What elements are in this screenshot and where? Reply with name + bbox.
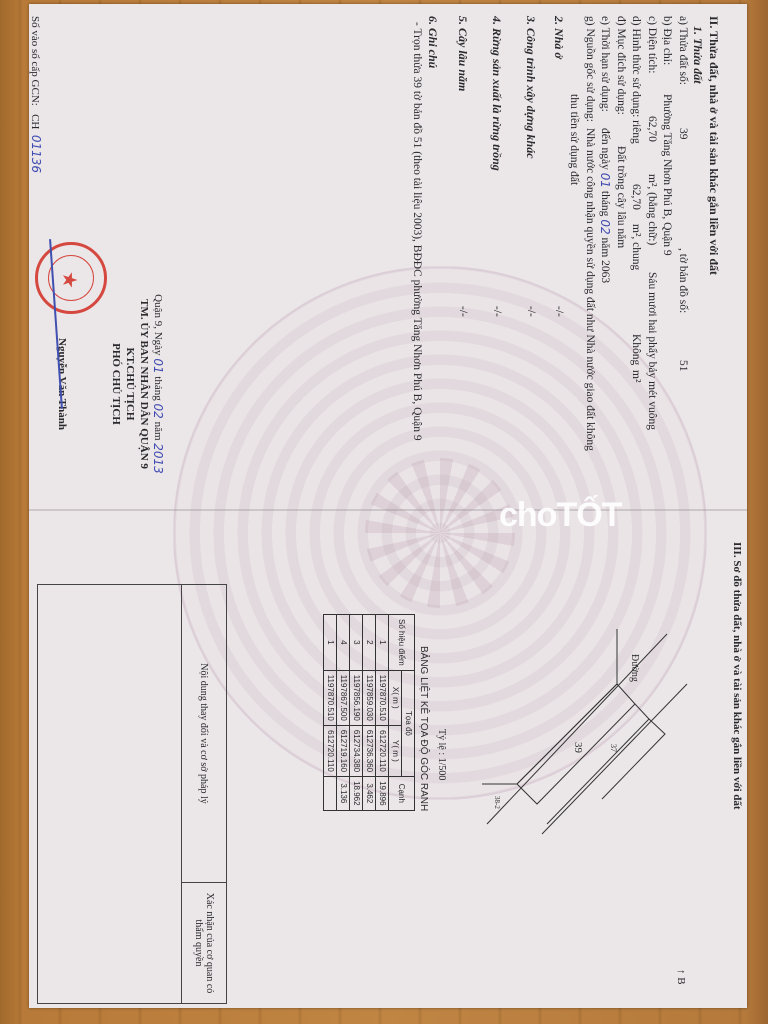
map-sheet-number: 51 bbox=[675, 360, 691, 372]
notes-heading: 6. Ghi chú bbox=[425, 16, 441, 496]
svg-text:39: 39 bbox=[572, 742, 584, 754]
section-iii-title: III. Sơ đồ thửa đất, nhà ở và tài sản kh… bbox=[731, 542, 743, 810]
coord-table-row: 21197859.030612736.3603.462 bbox=[363, 615, 376, 811]
north-arrow-icon: ↑ bbox=[675, 969, 687, 975]
forest-heading: 4. Rừng sản xuất là rừng trồng bbox=[489, 16, 505, 171]
section-ii-title: II. Thửa đất, nhà ở và tài sản khác gắn … bbox=[706, 16, 722, 496]
right-page: III. Sơ đồ thửa đất, nhà ở và tài sản kh… bbox=[29, 534, 747, 1004]
svg-text:38-2: 38-2 bbox=[493, 796, 501, 809]
svg-text:Đường: Đường bbox=[629, 654, 640, 682]
north-arrow: ↑ B bbox=[675, 969, 687, 985]
purpose-value: Đất trồng cây lâu năm bbox=[613, 146, 629, 248]
coord-table-title: BẢNG LIỆT KÊ TỌA ĐỘ GÓC RANH bbox=[418, 646, 429, 811]
page-fold bbox=[29, 509, 747, 511]
parcel-sketch: Đường 39 37 38-2 bbox=[477, 624, 707, 844]
left-page: II. Thửa đất, nhà ở và tài sản khác gắn … bbox=[409, 16, 747, 496]
assets-block: 2. Nhà ở -/- 3. Công trình xây dựng khác… bbox=[454, 16, 566, 496]
perennial-heading: 5. Cây lâu năm bbox=[455, 16, 471, 91]
sign-day-handwritten: 01 bbox=[151, 358, 165, 373]
purpose-row: đ) Mục đích sử dụng: Đất trồng cây lâu n… bbox=[613, 16, 629, 496]
address-row: b) Địa chỉ: Phường Tăng Nhơn Phú B, Quận… bbox=[659, 16, 675, 496]
star-icon: ★ bbox=[57, 271, 82, 289]
private-area: 62,70 bbox=[628, 184, 644, 224]
shared-area: Không bbox=[628, 334, 644, 370]
origin-value: Nhà nước công nhận quyền sử dụng đất như… bbox=[582, 128, 598, 451]
changes-content-header: Nội dung thay đổi và cơ sở pháp lý bbox=[182, 585, 226, 883]
other-works-heading: 3. Công trình xây dựng khác bbox=[523, 16, 539, 159]
land-use-certificate: II. Thửa đất, nhà ở và tài sản khác gắn … bbox=[29, 4, 747, 1008]
area-words: Sáu mươi hai phẩy bảy mét vuông bbox=[644, 272, 660, 430]
area-value: 62,70 bbox=[644, 116, 660, 174]
map-scale: Tỷ lệ : 1/500 bbox=[436, 729, 447, 780]
address-value: Phường Tăng Nhơn Phú B, Quận 9 bbox=[659, 94, 675, 256]
term-day-handwritten: 01 bbox=[597, 173, 613, 188]
issuing-org: TM. ỦY BAN NHÂN DÂN QUẬN 9 bbox=[137, 269, 151, 499]
coord-table-row: 41197867.500612719.1603.136 bbox=[337, 615, 350, 811]
term-row: e) Thời hạn sử dụng: đến ngày 01 tháng 0… bbox=[597, 16, 613, 496]
origin-row: g) Nguồn gốc sử dụng: Nhà nước công nhận… bbox=[582, 16, 598, 496]
authority-confirmation-header: Xác nhận của cơ quan có thẩm quyền bbox=[182, 883, 226, 1003]
svg-text:37: 37 bbox=[609, 744, 618, 752]
parcel-number: 39 bbox=[675, 128, 691, 248]
area-row: c) Diện tích: 62,70 m², (bằng chữ:) Sáu … bbox=[644, 16, 660, 496]
coord-table-row: 11197870.510612720.110 bbox=[324, 615, 337, 811]
coord-table-row: 31197856.190612734.38018.962 bbox=[350, 615, 363, 811]
registry-number: Số vào sổ cấp GCN: CH 01136 bbox=[29, 16, 43, 173]
house-heading: 2. Nhà ở bbox=[551, 16, 567, 59]
land-heading: 1. Thửa đất bbox=[690, 26, 706, 496]
sign-month-handwritten: 02 bbox=[151, 404, 165, 419]
parcel-row: a) Thửa đất số: 39 , tờ bản đồ số: 51 bbox=[675, 16, 691, 496]
sign-year-handwritten: 2013 bbox=[151, 443, 165, 474]
coord-table-row: 11197870.510612720.11019.896 bbox=[376, 615, 389, 811]
ownership-row: d) Hình thức sử dụng: riêng 62,70 m², ch… bbox=[628, 16, 644, 496]
notes-text: - Trọn thửa 39 tờ bản đồ 51 (theo tài li… bbox=[409, 22, 425, 496]
chotot-watermark: choTỐT bbox=[499, 496, 621, 535]
term-month-handwritten: 02 bbox=[597, 219, 613, 234]
changes-table: Nội dung thay đổi và cơ sở pháp lý Xác n… bbox=[37, 584, 227, 1004]
coordinate-table: Số hiệu điểm Tọa độ Cạnh X( m ) Y( m ) 1… bbox=[323, 614, 415, 811]
red-official-stamp: ★ bbox=[35, 242, 107, 314]
